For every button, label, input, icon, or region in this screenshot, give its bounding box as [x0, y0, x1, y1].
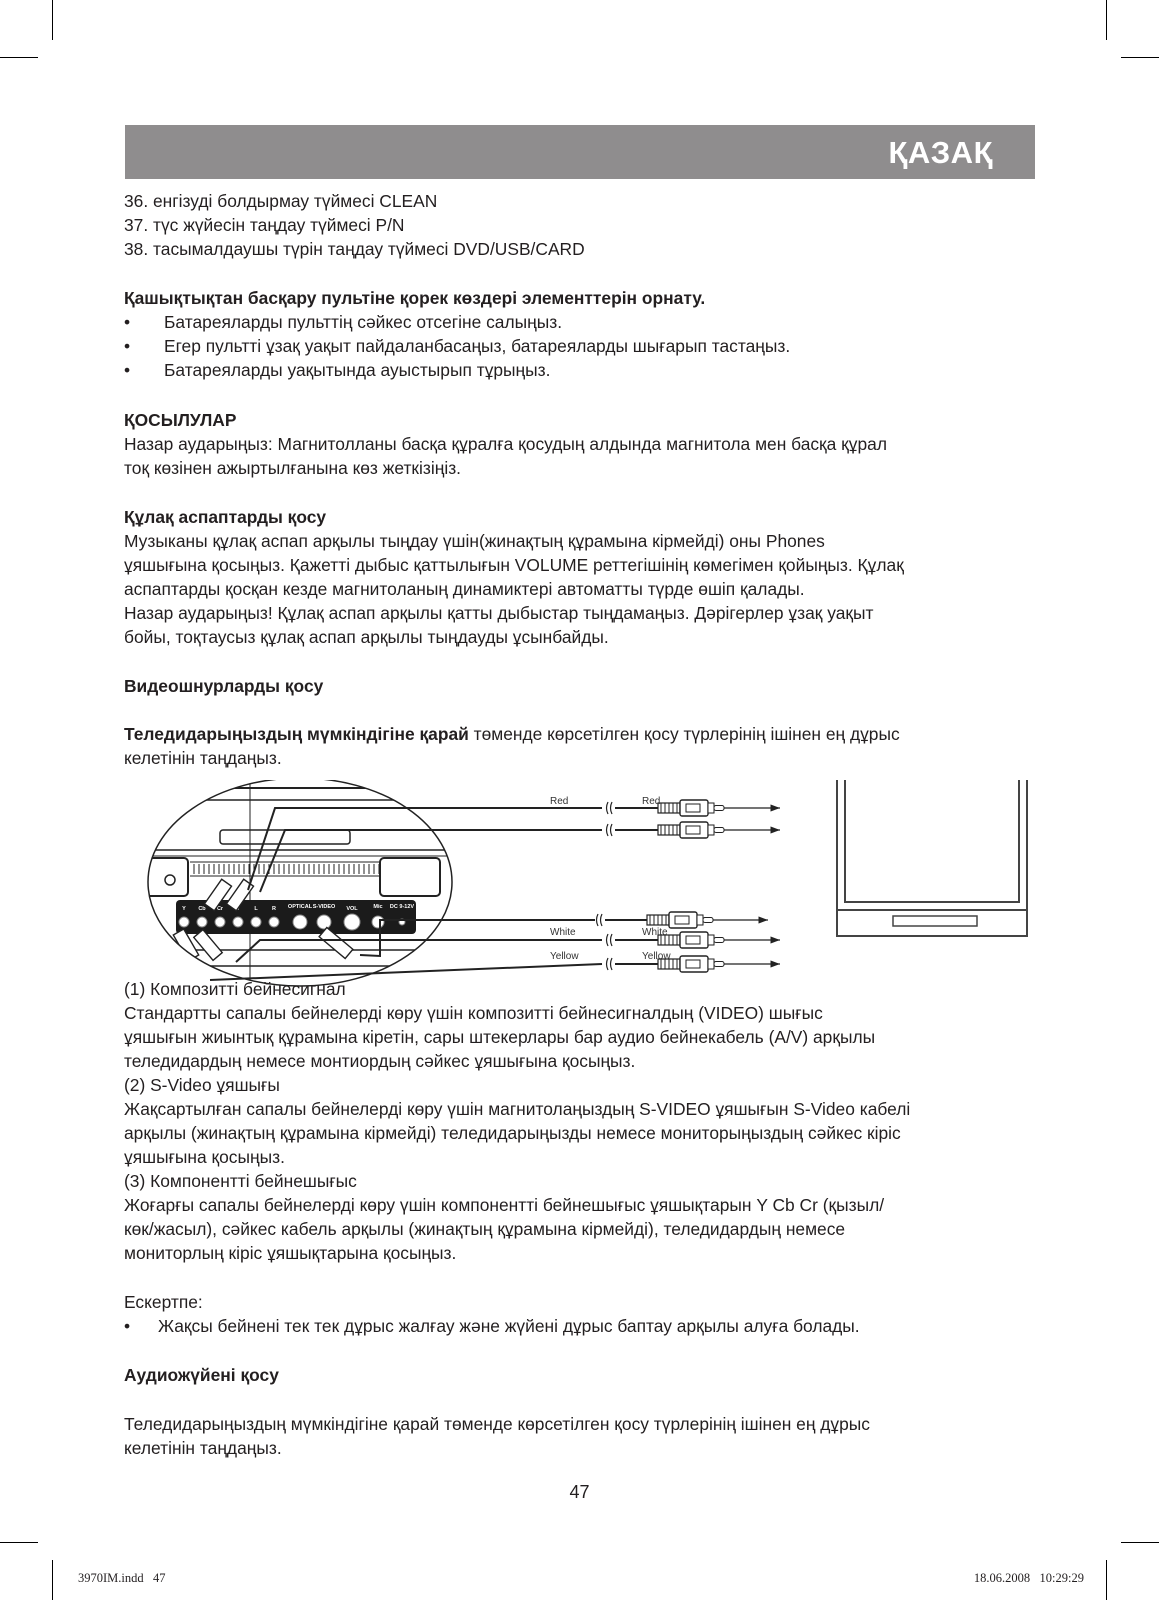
section-heading: Видеошнурларды қосу — [124, 674, 323, 698]
paragraph-line: Стандартты сапалы бейнелерді көру үшін к… — [124, 1001, 823, 1025]
cable-label-red: Red — [550, 796, 568, 807]
footer-timestamp: 18.06.2008 10:29:29 — [974, 1571, 1084, 1586]
svg-text:OPTICAL: OPTICAL — [288, 904, 313, 910]
cable-label-yellow: Yellow — [642, 951, 671, 962]
paragraph-line: Назар аударыңыз! Құлақ аспап арқылы қатт… — [124, 601, 873, 625]
bullet-icon: • — [124, 334, 130, 358]
section-heading: Құлақ аспаптарды қосу — [124, 505, 326, 529]
subsection-title: (2) S-Video ұяшығы — [124, 1073, 280, 1097]
footer-file-name: 3970IM.indd 47 — [78, 1571, 166, 1586]
paragraph-line: теледидардың немесе монтиордың сәйкес ұя… — [124, 1049, 635, 1073]
subsection-title: (1) Композитті бейнесигнал — [124, 977, 346, 1001]
crop-mark — [0, 57, 38, 58]
paragraph-line: ұяшығына қосыңыз. — [124, 1145, 285, 1169]
paragraph-line: Назар аударыңыз: Магнитолланы басқа құра… — [124, 432, 887, 456]
svg-text:Cr: Cr — [217, 906, 224, 912]
paragraph-line: Музыканы құлақ аспап арқылы тыңдау үшін(… — [124, 529, 825, 553]
note-label: Ескертпе: — [124, 1290, 203, 1314]
paragraph-line: ұяшығына қосыңыз. Қажетті дыбыс қаттылығ… — [124, 553, 904, 577]
crop-mark — [52, 0, 53, 40]
paragraph-line: ұяшығын жиынтық құрамына кіретін, сары ш… — [124, 1025, 875, 1049]
svg-text:R: R — [272, 906, 276, 912]
crop-mark — [52, 1560, 53, 1600]
subsection-title: (3) Компонентті бейнешығыс — [124, 1169, 357, 1193]
page-number: 47 — [0, 1482, 1159, 1503]
crop-mark — [1121, 57, 1159, 58]
svg-text:S-VIDEO: S-VIDEO — [313, 904, 336, 910]
bullet-icon: • — [124, 358, 130, 382]
paragraph-line: аспаптарды қосқан кезде магнитоланың дин… — [124, 577, 805, 601]
section-heading: Қашықтықтан басқару пультіне қорек көзде… — [124, 286, 705, 310]
cable-label-white: White — [550, 927, 576, 938]
paragraph-line: мониторлың кіріс ұяшықтарына қосыңыз. — [124, 1241, 456, 1265]
paragraph-line: Жақсартылған сапалы бейнелерді көру үшін… — [124, 1097, 910, 1121]
paragraph-line: бойы, тоқтаусыз құлақ аспап арқылы тыңда… — [124, 625, 609, 649]
cable-label-yellow: Yellow — [550, 951, 579, 962]
section-heading: ҚОСЫЛУЛАР — [124, 408, 236, 432]
paragraph-line: көк/жасыл), сәйкес кабель арқылы (жинақт… — [124, 1217, 845, 1241]
crop-mark — [1106, 0, 1107, 40]
cable-label-white: White — [642, 927, 668, 938]
section-heading: Аудиожүйені қосу — [124, 1363, 279, 1387]
paragraph-line: тоқ көзінен ажыртылғанына көз жеткізіңіз… — [124, 456, 461, 480]
paragraph-line: Жоғарғы сапалы бейнелерді көру үшін комп… — [124, 1193, 884, 1217]
crop-mark — [1106, 1560, 1107, 1600]
list-item: 38. тасымалдаушы түрін таңдау түймесі DV… — [124, 237, 585, 261]
paragraph-line: Теледидарыңыздың мүмкіндігіне қарай төме… — [124, 722, 900, 746]
tv-icon — [837, 780, 1027, 936]
svg-text:Mic: Mic — [373, 904, 382, 910]
svg-text:VOL: VOL — [346, 906, 358, 912]
svg-text:Y: Y — [182, 906, 186, 912]
paragraph-line: Теледидарыңыздың мүмкіндігіне қарай төме… — [124, 1412, 870, 1436]
list-item: 37. түс жүйесін таңдау түймесі P/N — [124, 213, 404, 237]
svg-text:DC 9-12V: DC 9-12V — [390, 904, 414, 910]
bullet-icon: • — [124, 310, 130, 334]
language-label: ҚАЗАҚ — [888, 135, 993, 171]
paragraph-line: келетінін таңдаңыз. — [124, 746, 282, 770]
crop-mark — [1121, 1542, 1159, 1543]
svg-text:Cb: Cb — [198, 906, 206, 912]
bullet-icon: • — [124, 1314, 130, 1338]
paragraph-line: арқылы (жинақтың құрамына кірмейді) теле… — [124, 1121, 901, 1145]
video-connection-diagram: Y Cb Cr V L R OPTICAL S-VIDEO VOL Mic DC… — [140, 780, 1040, 990]
crop-mark — [0, 1542, 38, 1543]
cable-label-red: Red — [642, 796, 660, 807]
language-header-bar: ҚАЗАҚ — [125, 125, 1035, 179]
paragraph-line: келетінін таңдаңыз. — [124, 1436, 282, 1460]
list-item: 36. енгізуді болдырмау түймесі CLEAN — [124, 189, 437, 213]
